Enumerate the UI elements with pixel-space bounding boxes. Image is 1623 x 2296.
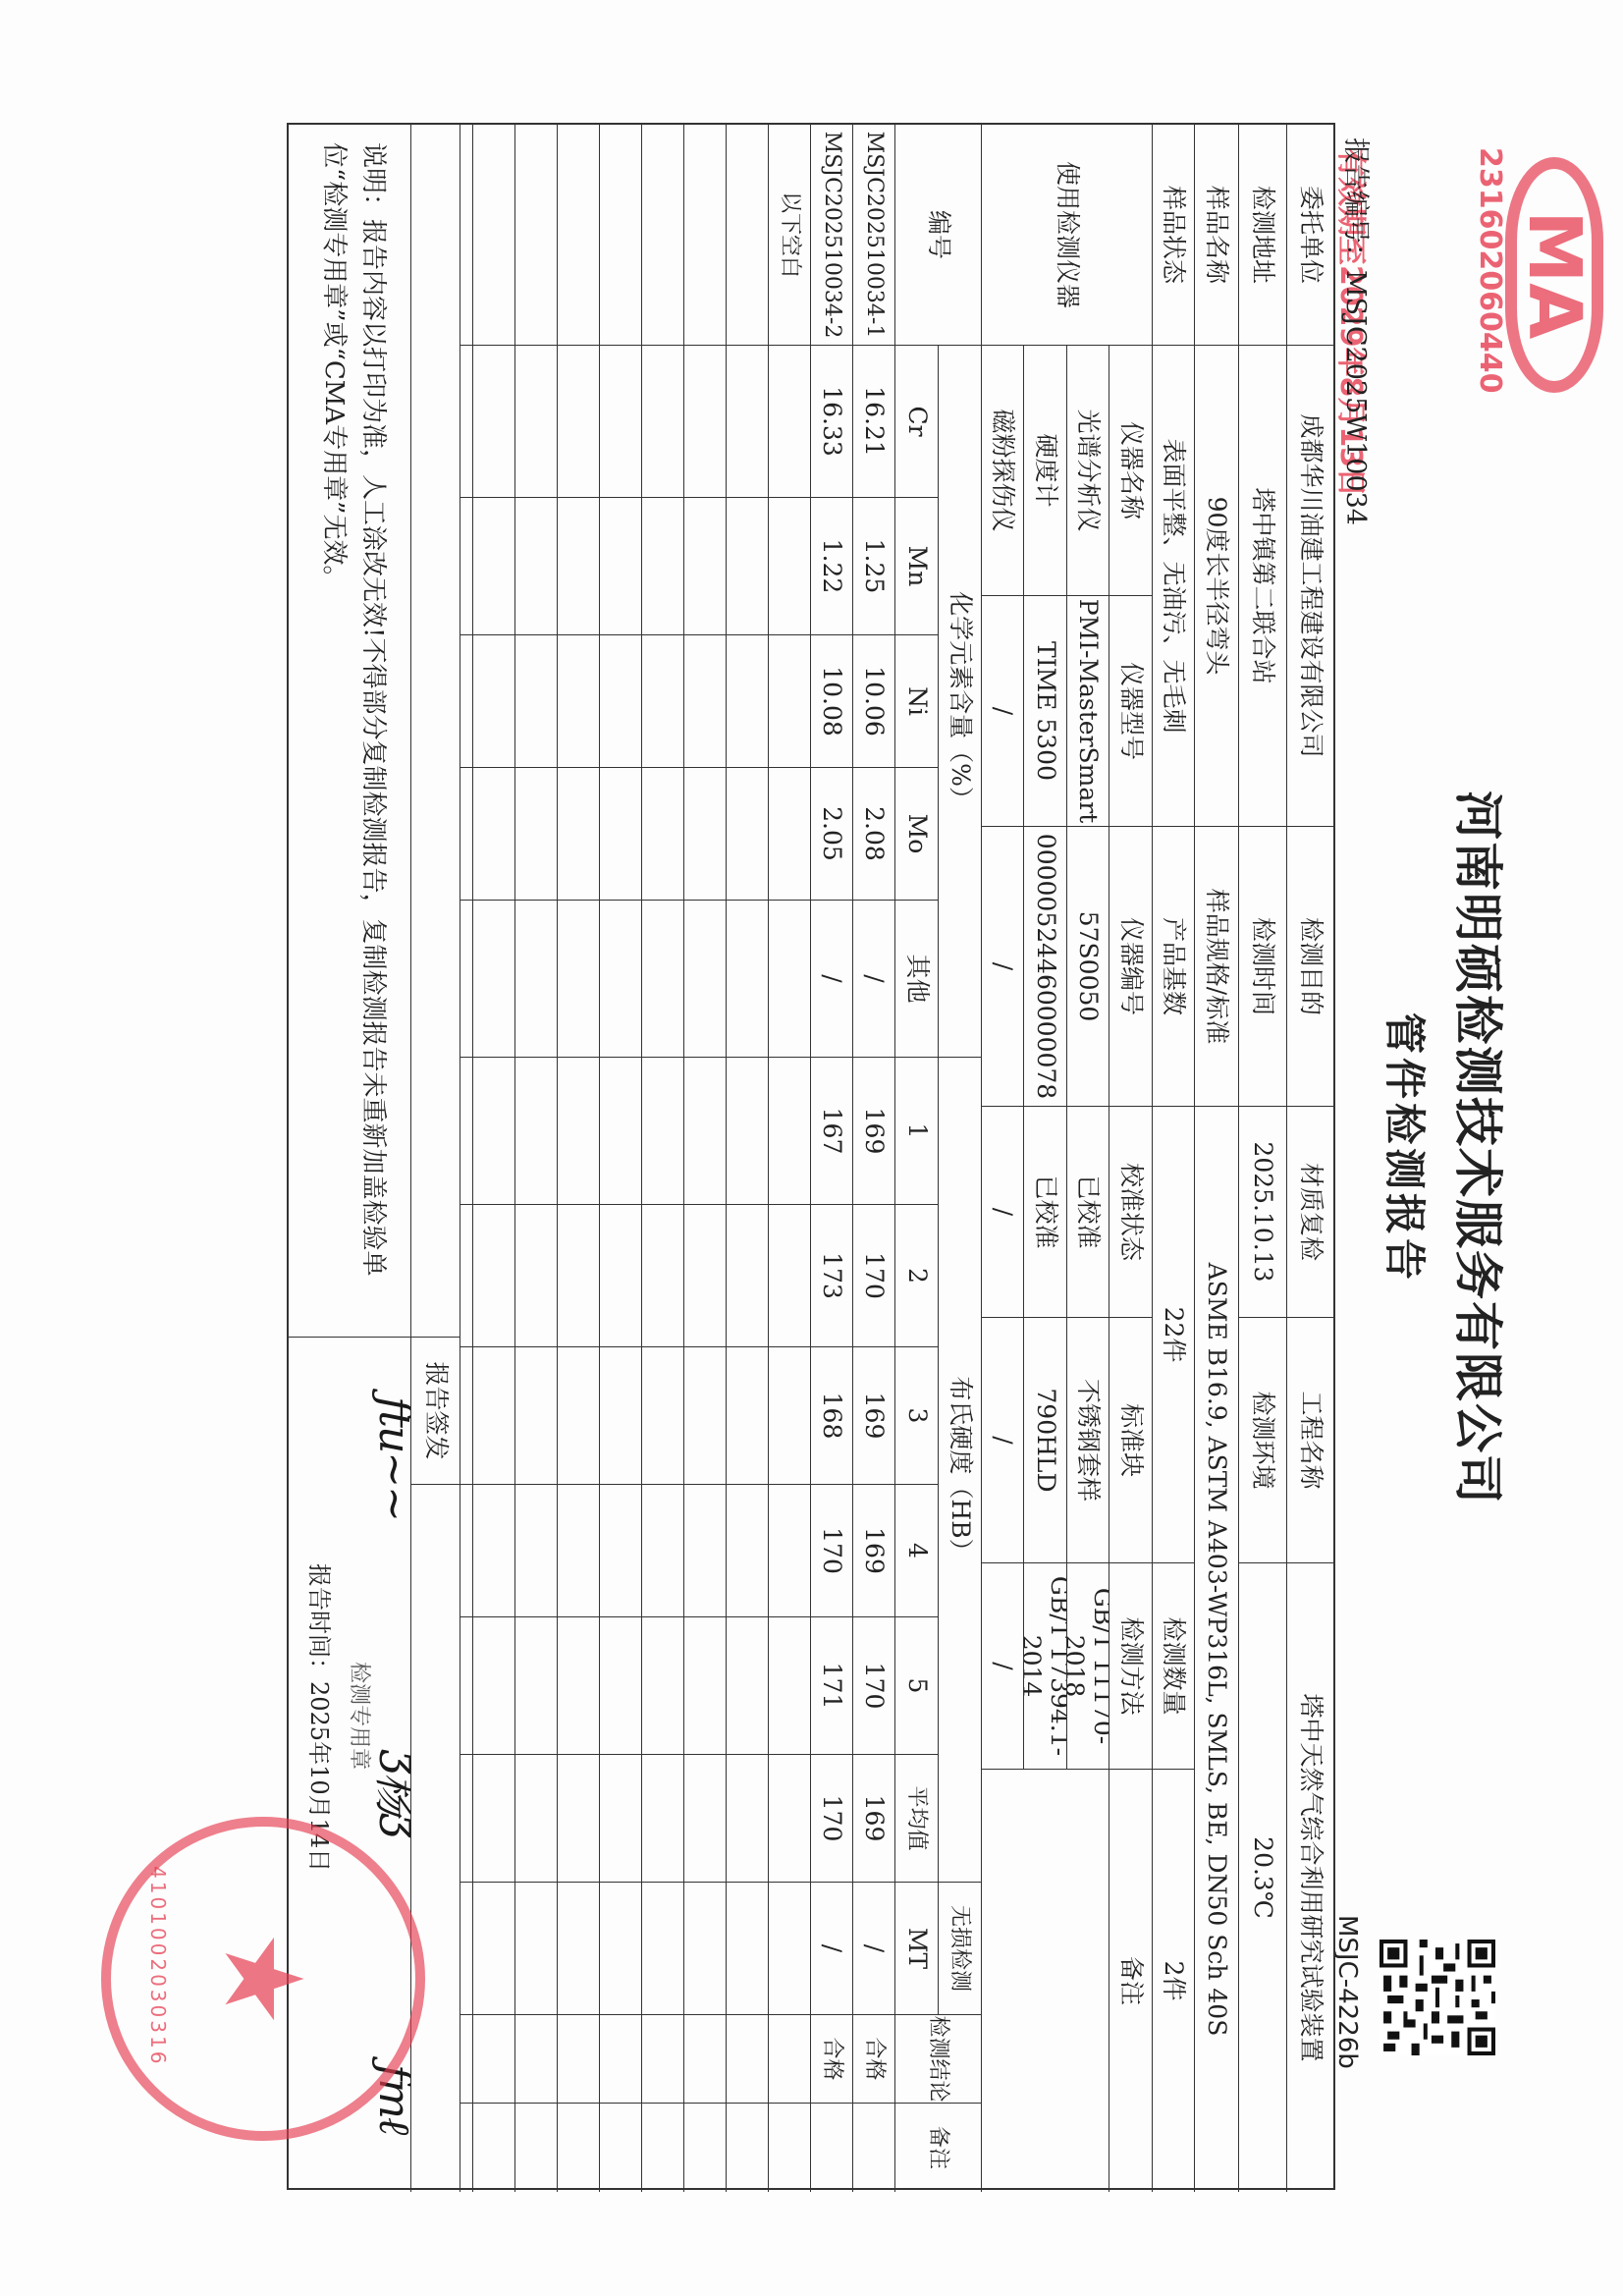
result-row-id: 以下空白 [768,125,810,346]
hb-value [514,1058,557,1205]
instrument-header-1: 仪器型号 [1109,596,1152,827]
chem-value [514,635,557,768]
result-row-id [726,125,768,346]
document-code: MSJC-4226b [1332,1915,1362,2069]
chem-value [768,901,810,1058]
hb-value [472,1058,514,1205]
instrument-cell: 不锈钢套样 [1066,1318,1109,1563]
chem-value [726,768,768,901]
ndt-col-header: MT [894,1883,938,2015]
chem-group-header: 化学元素含量（%） [938,346,981,1058]
conclusion-value [557,2015,599,2104]
instrument-cell: / [981,827,1023,1107]
hb-value: 170 [810,1755,852,1883]
signoff-label-text: 报告签发 [421,1361,450,1459]
chem-value [460,498,472,635]
hb-value [641,1347,683,1485]
remark-value [557,2104,599,2192]
chem-value [683,498,726,635]
hb-value [514,1347,557,1485]
instrument-cell: 已校准 [1066,1107,1109,1318]
seal-subtext: 检测专用章 [347,1662,371,1770]
instrument-cell: 硬度计 [1023,346,1066,596]
hb-value: 169 [852,1755,894,1883]
result-row-id: MSJC202510034-1 [852,125,894,346]
hb-group-header: 布氏硬度（HB） [938,1058,981,1883]
instrument-header-0: 仪器名称 [1109,346,1152,596]
instrument-cell: / [981,1318,1023,1563]
hb-value [599,1205,641,1347]
hb-value [472,1485,514,1617]
hb-value [768,1058,810,1205]
instrument-cell: / [981,1107,1023,1318]
hb-value: 167 [810,1058,852,1205]
chem-value [557,346,599,498]
spec-label: 样品规格/标准 [1194,827,1238,1107]
reviewer-signature: Ʒ杨Ʒ [368,1750,410,1836]
hb-value [460,1058,472,1205]
mt-value [460,1883,472,2015]
purpose-value: 材质复检 [1286,1107,1333,1318]
chem-value [683,901,726,1058]
hb-value [460,1205,472,1347]
hb-value [641,1755,683,1883]
hb-value [557,1058,599,1205]
hb-value [472,1617,514,1755]
chem-value: 10.06 [852,635,894,768]
hb-col-header: 3 [894,1347,938,1485]
hb-value: 168 [810,1347,852,1485]
mt-value [683,1883,726,2015]
remark-value [460,2104,472,2192]
chem-value [683,346,726,498]
sample-name-label: 样品名称 [1194,125,1238,346]
remark-value [768,2104,810,2192]
client-label: 委托单位 [1286,125,1333,346]
chem-value [641,635,683,768]
result-row-id [641,125,683,346]
hb-value: 171 [810,1617,852,1755]
remark-value [599,2104,641,2192]
signoff-spacer [410,125,460,1338]
hb-value [768,1205,810,1347]
remark-value [810,2104,852,2192]
instrument-header-5: 检测方法 [1109,1563,1152,1770]
conclusion-value [472,2015,514,2104]
chem-value: 16.21 [852,346,894,498]
hb-value [460,1347,472,1485]
seal-number: 4101002030316 [146,1866,170,2066]
remark-value [641,2104,683,2192]
hb-value [683,1485,726,1617]
mt-value [557,1883,599,2015]
chem-value [514,346,557,498]
chem-value [599,346,641,498]
test-qty-label: 检测数量 [1152,1563,1194,1770]
report-table: 委托单位 成都华川油建工程建设有限公司 检测目的 材质复检 工程名称 塔中天然气… [287,123,1335,2190]
instrument-cell: TIME 5300 [1023,596,1066,827]
remark-value [683,2104,726,2192]
hb-value [726,1617,768,1755]
conclusion-value [768,2015,810,2104]
instrument-cell: GB/T 17394.1-2014 [1023,1563,1066,1770]
hb-value [460,1617,472,1755]
chem-value [472,635,514,768]
sample-id-header: 编号 [894,125,981,346]
result-row-id [599,125,641,346]
mt-value [599,1883,641,2015]
chem-value [726,901,768,1058]
conclusion-value [460,2015,472,2104]
chem-value [768,635,810,768]
hb-col-header: 平均值 [894,1755,938,1883]
result-row-id [683,125,726,346]
report-number: 报告编号：MSJC2025W10034 [1339,137,1378,525]
conclusion-header: 检测结论 [894,2015,981,2104]
conclusion-value [514,2015,557,2104]
hb-col-header: 2 [894,1205,938,1347]
instrument-cell: / [981,1563,1023,1770]
report-note: 说明：报告内容以打印为准，人工涂改无效!不得部分复制检测报告，复制检测报告未重新… [287,125,410,1338]
hb-value: 169 [852,1485,894,1617]
chem-value [472,768,514,901]
hb-value [726,1755,768,1883]
time-value: 2025.10.13 [1238,1107,1286,1318]
address-value: 塔中镇第二联合站 [1238,346,1286,827]
state-label: 样品状态 [1152,125,1194,346]
chem-value: 2.08 [852,768,894,901]
chem-value [557,635,599,768]
chem-value [683,635,726,768]
test-qty-value: 2件 [1152,1770,1194,2192]
hb-value [768,1755,810,1883]
mt-value: / [852,1883,894,2015]
hb-value: 173 [810,1205,852,1347]
instruments-label: 使用检测仪器 [981,125,1152,346]
remark-value [514,2104,557,2192]
hb-value [472,1755,514,1883]
remark-value [726,2104,768,2192]
instrument-cell: 00000524460000078 [1023,827,1066,1107]
chem-value [472,498,514,635]
chem-value [599,768,641,901]
conclusion-value: 合格 [852,2015,894,2104]
instrument-cell: PMI-MasterSmart [1066,596,1109,827]
chem-value [514,768,557,901]
hb-value [726,1205,768,1347]
chem-value [514,901,557,1058]
hb-value [683,1347,726,1485]
inspector-signature: ƒtu~~ [368,1396,410,1520]
hb-value [599,1058,641,1205]
hb-value [599,1755,641,1883]
ndt-group-header: 无损检测 [938,1883,981,2015]
hb-value [683,1617,726,1755]
mt-value [514,1883,557,2015]
chem-col-header: Mn [894,498,938,635]
base-qty-label: 产品基数 [1152,827,1194,1107]
chem-value [641,768,683,901]
spec-value: ASME B16.9, ASTM A403-WP316L, SMLS, BE, … [1194,1107,1238,2192]
mt-value [472,1883,514,2015]
hb-value [514,1485,557,1617]
chem-value [460,768,472,901]
conclusion-value [683,2015,726,2104]
conclusion-value [599,2015,641,2104]
hb-value [472,1347,514,1485]
chem-value [768,768,810,901]
cma-stamp: MA [1505,157,1603,393]
chem-value [641,901,683,1058]
chem-col-header: 其他 [894,901,938,1058]
hb-value: 169 [852,1347,894,1485]
instrument-cell: 光谱分析仪 [1066,346,1109,596]
chem-value [768,346,810,498]
sample-name-value: 90度长半径弯头 [1194,346,1238,827]
client-value: 成都华川油建工程建设有限公司 [1286,346,1333,827]
chem-value [460,346,472,498]
hb-col-header: 5 [894,1617,938,1755]
instrument-cell: 790HLD [1023,1318,1066,1563]
hb-value [460,1485,472,1617]
chem-value [726,498,768,635]
hb-value [472,1205,514,1347]
conclusion-value [641,2015,683,2104]
chem-value [472,901,514,1058]
chem-value [599,901,641,1058]
address-label: 检测地址 [1238,125,1286,346]
env-label: 检测环境 [1238,1318,1286,1563]
hb-value [557,1205,599,1347]
conclusion-value [726,2015,768,2104]
result-row-id: MSJC202510034-2 [810,125,852,346]
hb-value [514,1205,557,1347]
hb-value: 170 [852,1617,894,1755]
hb-value [599,1617,641,1755]
chem-col-header: Ni [894,635,938,768]
chem-value [460,635,472,768]
env-value: 20.3℃ [1238,1563,1286,2192]
hb-value [768,1617,810,1755]
chem-col-header: Mo [894,768,938,901]
instrument-header-3: 校准状态 [1109,1107,1152,1318]
instrument-cell: / [981,596,1023,827]
project-value: 塔中天然气综合利用研究试验装置 [1286,1563,1333,2192]
hb-value [557,1485,599,1617]
hb-value [557,1347,599,1485]
remark-header: 备注 [894,2104,981,2192]
chem-value: / [852,901,894,1058]
chem-value [514,498,557,635]
mt-value [641,1883,683,2015]
hb-value [768,1347,810,1485]
state-value: 表面平整、无油污、无毛刺 [1152,346,1194,827]
result-row-id [557,125,599,346]
signoff-area [410,1485,460,2192]
hb-col-header: 4 [894,1485,938,1617]
instrument-header-4: 标准块 [1109,1318,1152,1563]
chem-value [599,635,641,768]
hb-value [460,1755,472,1883]
chem-value [472,346,514,498]
mt-value: / [810,1883,852,2015]
hb-value [726,1058,768,1205]
hb-value [683,1755,726,1883]
test-report-page: MA 231602060440 有效期至2029年8月13日 河南明硕检测技术服… [0,0,1623,2296]
chem-value [726,346,768,498]
instrument-cell [981,1770,1109,2192]
hb-value: 170 [852,1205,894,1347]
chem-value [726,635,768,768]
hb-value: 170 [810,1485,852,1617]
hb-value [599,1485,641,1617]
chem-value [557,901,599,1058]
result-row-id [472,125,514,346]
report-number-label: 报告编号： [1340,137,1371,270]
instrument-header-6: 备注 [1109,1770,1152,2192]
hb-value [514,1755,557,1883]
chem-value [599,498,641,635]
base-qty-value: 22件 [1152,1107,1194,1563]
chem-value: 1.22 [810,498,852,635]
hb-value [557,1755,599,1883]
chem-value: 2.05 [810,768,852,901]
hb-value [726,1347,768,1485]
chem-value [683,768,726,901]
conclusion-value: 合格 [810,2015,852,2104]
instrument-cell: GB/T 11170-2018 [1066,1563,1109,1770]
hb-value [557,1617,599,1755]
chem-value: 1.25 [852,498,894,635]
time-label: 检测时间 [1238,827,1286,1107]
chem-value: / [810,901,852,1058]
hb-col-header: 1 [894,1058,938,1205]
instrument-cell: 已校准 [1023,1107,1066,1318]
star-icon: ★ [200,1931,326,2028]
signoff-label: 报告签发 [410,1338,460,1485]
chem-value [557,768,599,901]
hb-value [599,1347,641,1485]
project-label: 工程名称 [1286,1318,1333,1563]
report-date-label: 报告时间： [305,1563,333,1681]
result-row-id [514,125,557,346]
chem-col-header: Cr [894,346,938,498]
chem-value [641,346,683,498]
mt-value [768,1883,810,2015]
chem-value [641,498,683,635]
hb-value [683,1058,726,1205]
hb-value [641,1205,683,1347]
hb-value [683,1205,726,1347]
chem-value [557,498,599,635]
report-number-value: MSJC2025W10034 [1340,270,1371,525]
chem-value [768,498,810,635]
hb-value [641,1617,683,1755]
remark-value [472,2104,514,2192]
mt-value [726,1883,768,2015]
qr-code-icon [1380,1940,1495,2055]
result-row-id [460,125,472,346]
hb-value [768,1485,810,1617]
chem-value [460,901,472,1058]
hb-value [641,1058,683,1205]
instrument-header-2: 仪器编号 [1109,827,1152,1107]
purpose-label: 检测目的 [1286,827,1333,1107]
instrument-cell: 磁粉探伤仪 [981,346,1023,596]
hb-value [726,1485,768,1617]
hb-value [641,1485,683,1617]
remark-value [852,2104,894,2192]
chem-value: 16.33 [810,346,852,498]
hb-value: 169 [852,1058,894,1205]
instrument-cell: 57S0050 [1066,827,1109,1107]
chem-value: 10.08 [810,635,852,768]
hb-value [514,1617,557,1755]
